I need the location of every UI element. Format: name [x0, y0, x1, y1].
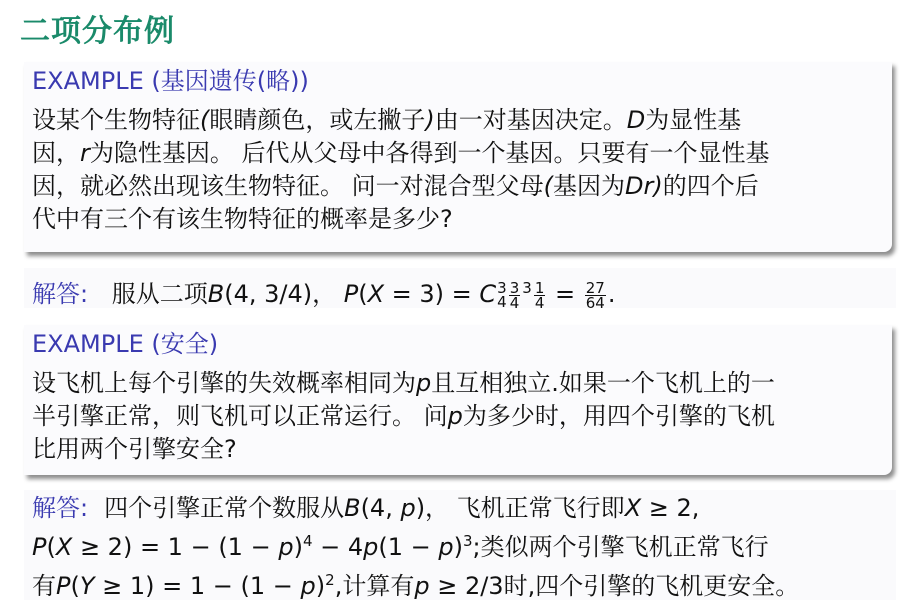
body-line: 比用两个引擎安全? — [32, 433, 884, 466]
example-title: EXAMPLE (基因遗传(略)) — [24, 62, 892, 100]
answer-line: 有P(Y ≥ 1) = 1 − (1 − p)2,计算有p ≥ 2/3时,四个引… — [32, 564, 888, 603]
answer-label: 解答: — [32, 494, 88, 522]
example-title: EXAMPLE (安全) — [24, 325, 892, 363]
answer-safety: 解答:四个引擎正常个数服从B(4, p)， 飞机正常飞行即X ≥ 2, P(X … — [24, 490, 896, 600]
body-line: 因，就必然出现该生物特征。 问一对混合型父母(基因为Dr)的四个后 — [32, 170, 884, 203]
body-line: 代中有三个有该生物特征的概率是多少? — [32, 203, 884, 236]
body-line: 设某个生物特征(眼睛颜色，或左撇子)由一对基因决定。D为显性基 — [32, 104, 884, 137]
example-body: 设某个生物特征(眼睛颜色，或左撇子)由一对基因决定。D为显性基 因，r为隐性基因… — [24, 100, 892, 246]
frame-title: 二项分布例 — [20, 6, 175, 50]
example-block-genetics: EXAMPLE (基因遗传(略)) 设某个生物特征(眼睛颜色，或左撇子)由一对基… — [24, 62, 892, 252]
example-block-safety: EXAMPLE (安全) 设飞机上每个引擎的失效概率相同为p且互相独立.如果一个… — [24, 325, 892, 475]
answer-line: 解答:四个引擎正常个数服从B(4, p)， 飞机正常飞行即X ≥ 2, — [32, 492, 888, 525]
example-body: 设飞机上每个引擎的失效概率相同为p且互相独立.如果一个飞机上的一 半引擎正常，则… — [24, 363, 892, 476]
answer-text: 服从二项B(4, 3/4)， P(X = 3) = C3434314 = 276… — [112, 280, 616, 308]
answer-label: 解答: — [32, 280, 88, 308]
body-line: 因，r为隐性基因。 后代从父母中各得到一个基因。只要有一个显性基 — [32, 137, 884, 170]
answer-line: P(X ≥ 2) = 1 − (1 − p)4 − 4p(1 − p)3;类似两… — [32, 525, 888, 564]
answer-genetics: 解答: 服从二项B(4, 3/4)， P(X = 3) = C3434314 =… — [24, 268, 896, 308]
body-line: 设飞机上每个引擎的失效概率相同为p且互相独立.如果一个飞机上的一 — [32, 367, 884, 400]
body-line: 半引擎正常，则飞机可以正常运行。 问p为多少时，用四个引擎的飞机 — [32, 400, 884, 433]
